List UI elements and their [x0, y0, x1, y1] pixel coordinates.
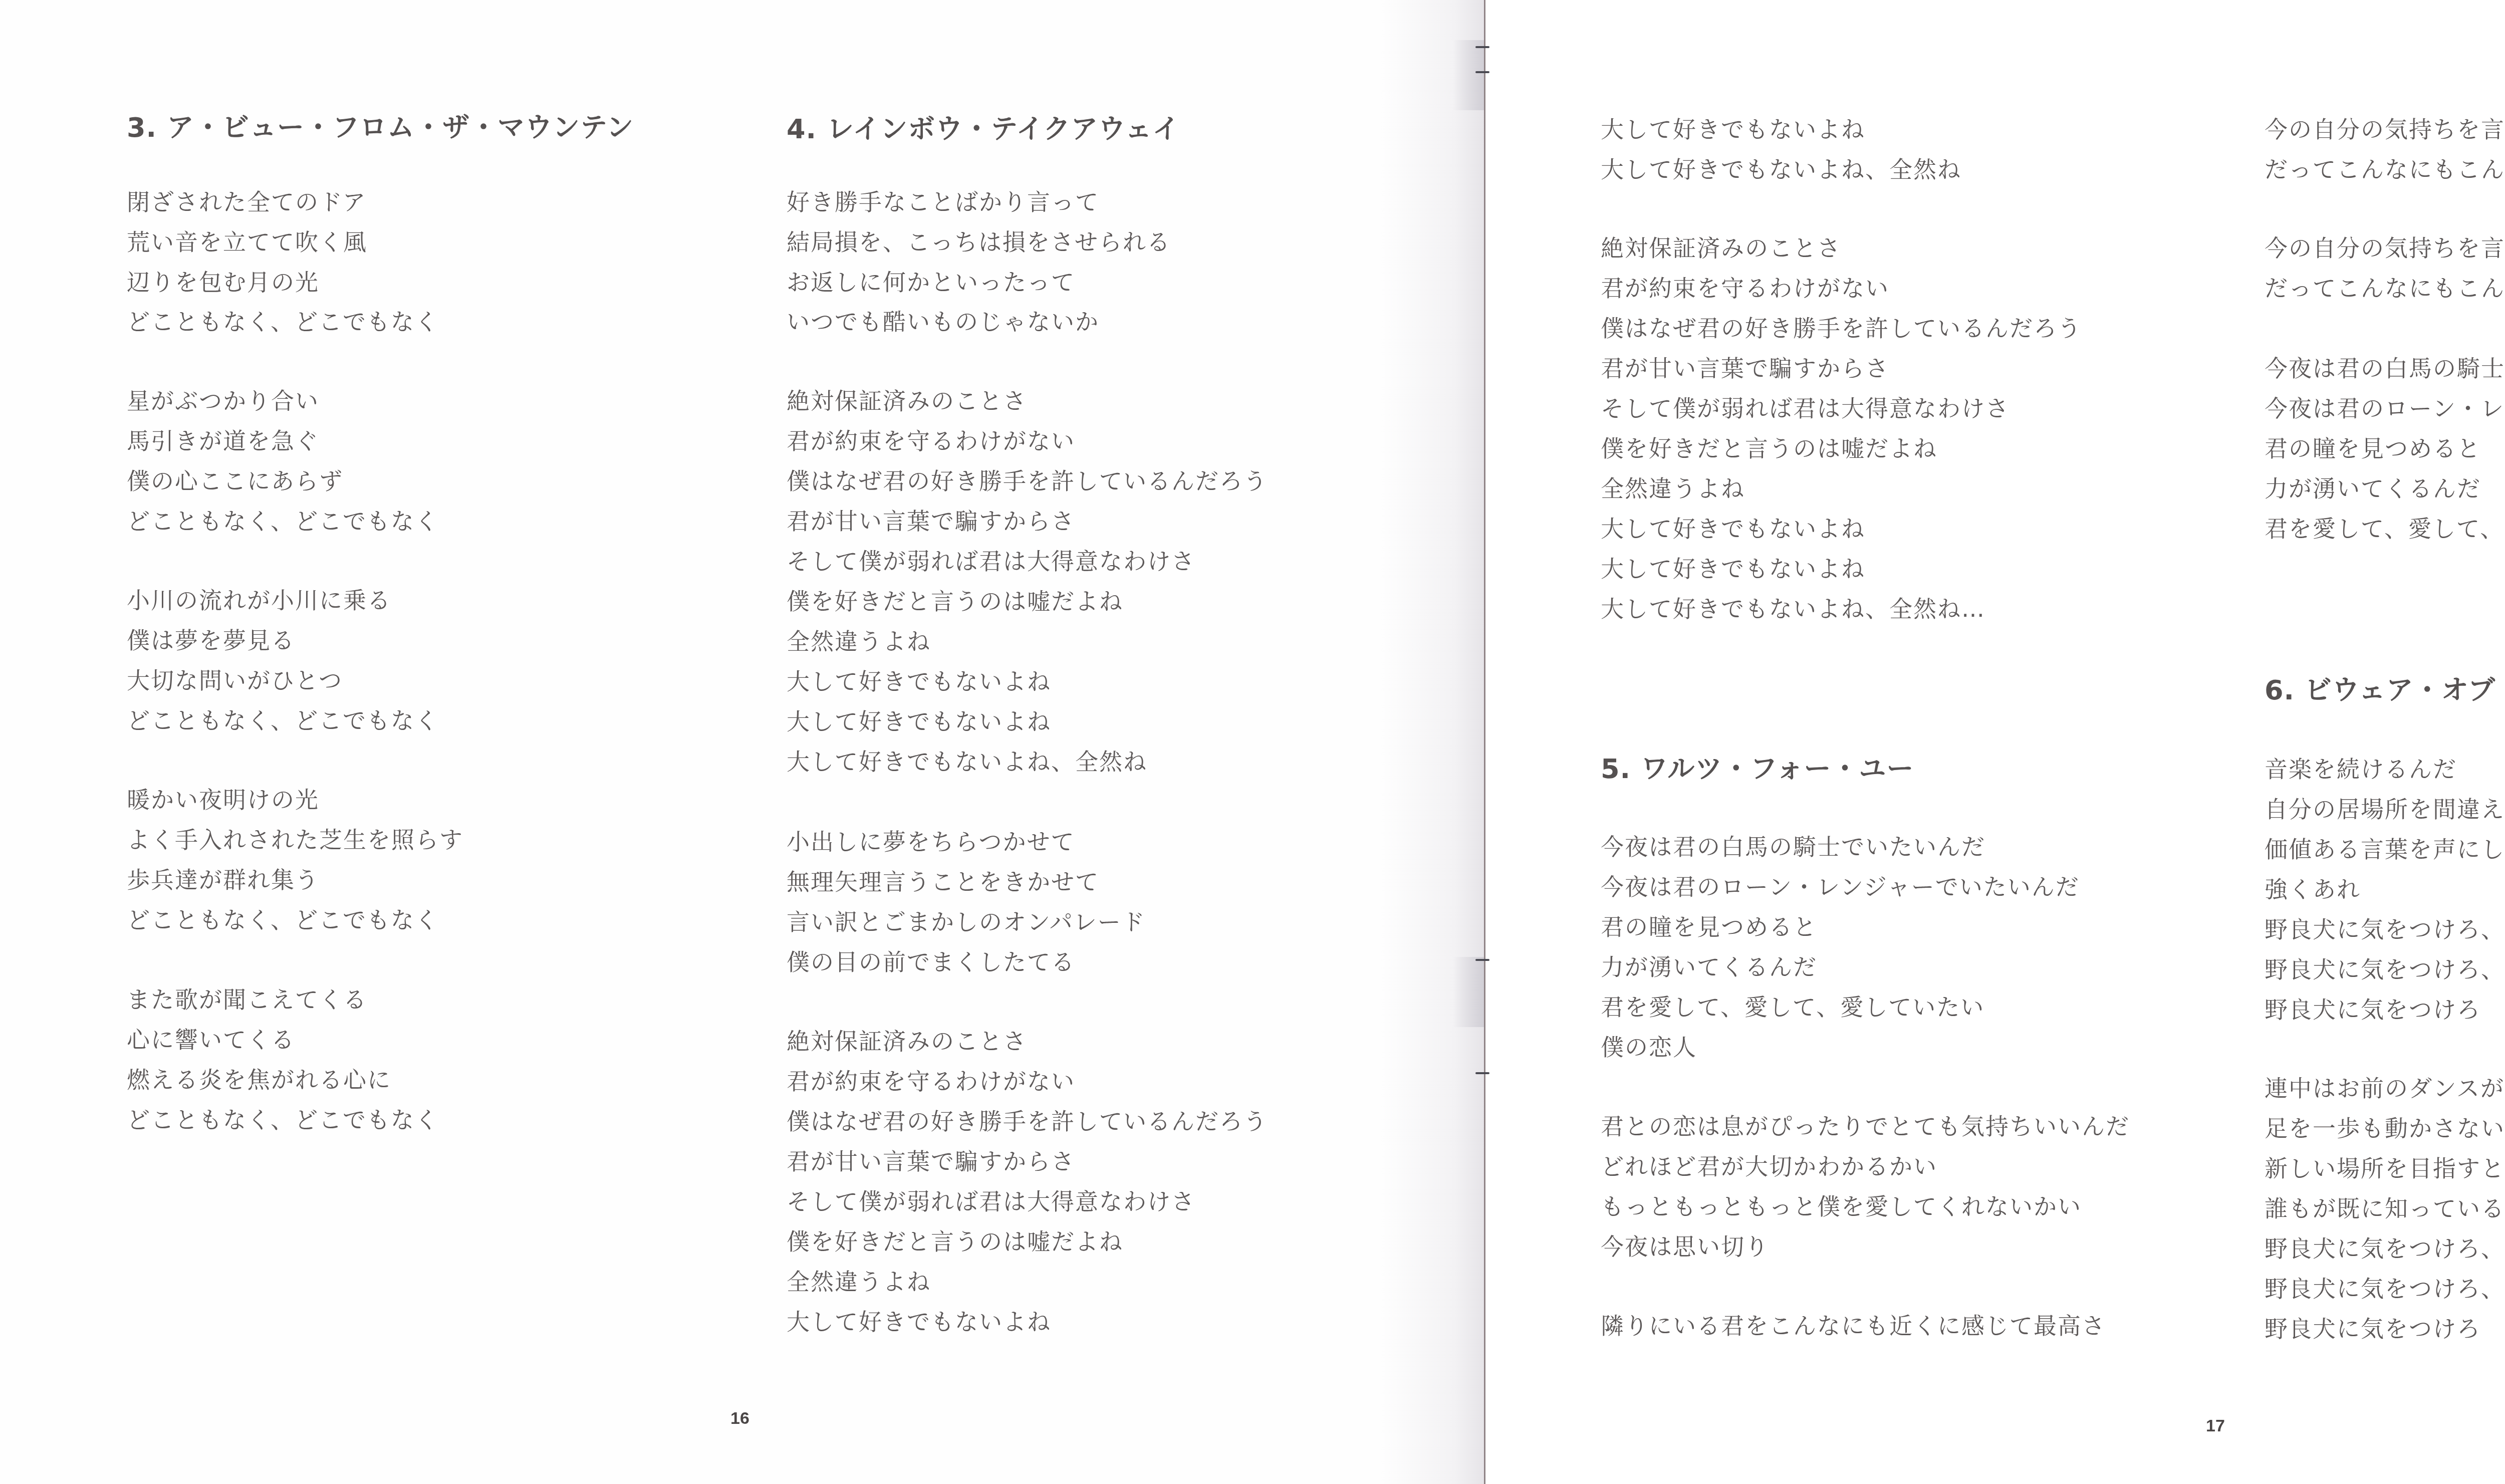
lyric-line: 全然違うよね: [1601, 473, 1745, 504]
lyric-line: 無理矢理言うことをきかせて: [787, 867, 1099, 897]
lyric-line: そして僕が弱れば君は大得意なわけさ: [787, 1186, 1195, 1216]
lyric-line: 大して好きでもないよね: [1601, 514, 1865, 544]
lyric-line: 閉ざされた全てのドア: [127, 187, 367, 217]
staple-icon: [1475, 46, 1489, 48]
lyric-line: 今夜は君の白馬の騎士でいたいんだ: [2265, 353, 2505, 383]
lyric-line: 君が約束を守るわけがない: [1601, 273, 1889, 303]
lyric-line: 新しい場所を目指すと言いながら: [2265, 1153, 2505, 1183]
lyric-line: 隣りにいる君をこんなにも近くに感じて最高さ: [1601, 1311, 2106, 1341]
lyric-line: お返しに何かといったって: [787, 267, 1075, 297]
staple-icon: [1475, 1072, 1489, 1074]
page-number-16: 16: [730, 1409, 749, 1428]
lyric-line: 君が約束を守るわけがない: [787, 1066, 1075, 1096]
lyric-line: 小出しに夢をちらつかせて: [787, 827, 1075, 857]
lyric-line: 君を愛して、愛して、愛していたい: [2265, 514, 2505, 544]
lyric-line: 君が甘い言葉で騙すからさ: [1601, 353, 1889, 383]
lyric-line: どれほど君が大切かわかるかい: [1601, 1151, 1937, 1181]
lyric-line: 今夜は君のローン・レンジャーでいたいんだ: [1601, 872, 2080, 902]
lyric-line: 野良犬に気をつけろ: [2265, 1314, 2481, 1344]
lyric-line: 足を一歩も動かさない: [2265, 1113, 2505, 1143]
lyric-line: よく手入れされた芝生を照らす: [127, 825, 463, 855]
lyric-line: 暖かい夜明けの光: [127, 785, 319, 815]
lyric-line: 絶対保証済みのことさ: [787, 386, 1027, 416]
lyric-line: 大して好きでもないよね、全然ね: [1601, 154, 1961, 184]
lyric-line: 力が湧いてくるんだ: [1601, 952, 1817, 982]
lyric-line: 野良犬に気をつけろ、いいかい: [2265, 1233, 2505, 1264]
lyric-line: 僕を好きだと言うのは嘘だよね: [1601, 433, 1937, 463]
song-title: 3. ア・ビュー・フロム・ザ・マウンテン: [127, 111, 634, 144]
lyric-line: 価値ある言葉を声にしろ: [2265, 834, 2505, 864]
staple-icon: [1475, 71, 1489, 73]
lyric-line: 大して好きでもないよね: [787, 706, 1051, 736]
staple-icon: [1475, 959, 1489, 961]
lyric-line: そして僕が弱れば君は大得意なわけさ: [1601, 393, 2010, 423]
lyric-line: 僕の目の前でまくしたてる: [787, 947, 1075, 977]
lyric-line: 今夜は君のローン・レンジャーでいたいんだ: [2265, 393, 2505, 423]
lyric-line: 馬引きが道を急ぐ: [127, 426, 319, 456]
lyric-line: 連中はお前のダンスが気に入らないのさ: [2265, 1073, 2505, 1103]
lyric-line: 僕を好きだと言うのは嘘だよね: [787, 586, 1123, 616]
lyric-line: 野良犬に気をつけろ、そうさ: [2265, 1274, 2505, 1304]
staple-shadow: [1453, 957, 1484, 1027]
lyric-line: いつでも酷いものじゃないか: [787, 307, 1099, 337]
page-16: [0, 0, 1484, 1484]
lyric-line: だってこんなにもこんなにも君が好きなんだ: [2265, 273, 2505, 303]
lyric-line: 結局損を、こっちは損をさせられる: [787, 227, 1171, 257]
lyric-line: 僕を好きだと言うのは嘘だよね: [787, 1226, 1123, 1257]
lyric-line: 力が湧いてくるんだ: [2265, 473, 2481, 504]
lyric-line: 大して好きでもないよね: [1601, 114, 1865, 144]
lyric-line: 君を愛して、愛して、愛していたい: [1601, 992, 1984, 1022]
staple-shadow: [1453, 40, 1484, 110]
lyric-line: また歌が聞こえてくる: [127, 984, 367, 1015]
lyric-line: 野良犬に気をつけろ、いいかい: [2265, 914, 2505, 944]
lyric-line: 好き勝手なことばかり言って: [787, 187, 1099, 217]
lyric-line: どこともなく、どこでもなく: [127, 307, 439, 337]
lyric-line: 野良犬に気をつけろ、そうさ: [2265, 954, 2505, 984]
lyric-line: 僕の心ここにあらず: [127, 466, 343, 496]
lyric-line: 音楽を続けるんだ: [2265, 754, 2457, 784]
lyric-line: 僕はなぜ君の好き勝手を許しているんだろう: [787, 466, 1268, 496]
lyric-line: 星がぶつかり合い: [127, 386, 319, 416]
lyric-line: 言い訳とごまかしのオンパレード: [787, 907, 1146, 937]
lyric-line: 絶対保証済みのことさ: [787, 1026, 1027, 1056]
lyric-line: 絶対保証済みのことさ: [1601, 233, 1841, 263]
lyric-line: 僕はなぜ君の好き勝手を許しているんだろう: [1601, 313, 2082, 343]
lyric-line: どこともなく、どこでもなく: [127, 905, 439, 935]
lyric-line: 大して好きでもないよね: [787, 666, 1051, 696]
book-gutter: [1484, 0, 1485, 1484]
lyric-line: 大して好きでもないよね、全然ね…: [1601, 594, 1985, 624]
song-title: 4. レインボウ・テイクアウェイ: [787, 113, 1180, 146]
lyric-line: 僕はなぜ君の好き勝手を許しているんだろう: [787, 1106, 1268, 1136]
lyric-line: 今の自分の気持ちを言葉にしたくてね: [2265, 233, 2505, 263]
lyric-line: 心に響いてくる: [127, 1025, 295, 1055]
lyric-line: もっともっともっと僕を愛してくれないかい: [1601, 1191, 2082, 1221]
lyric-line: 野良犬に気をつけろ: [2265, 995, 2481, 1025]
lyric-line: 今夜は君の白馬の騎士でいたいんだ: [1601, 832, 1985, 862]
song-title: 6. ビウェア・オブ・ザ・ドッグ Ⅱ: [2265, 674, 2505, 707]
lyric-line: 全然違うよね: [787, 626, 931, 656]
lyric-line: どこともなく、どこでもなく: [127, 1105, 439, 1135]
lyric-line: 燃える炎を焦がれる心に: [127, 1065, 391, 1095]
lyric-line: だってこんなにもこんなにも君が好きなんだ: [2265, 154, 2505, 184]
lyric-line: 君の瞳を見つめると: [1601, 912, 1817, 942]
lyric-line: 僕は夢を夢見る: [127, 625, 295, 655]
lyric-line: 大して好きでもないよね: [1601, 554, 1865, 584]
lyric-line: 今夜は思い切り: [1601, 1231, 1769, 1262]
lyric-line: 君が甘い言葉で騙すからさ: [787, 1146, 1075, 1176]
lyric-line: 歩兵達が群れ集う: [127, 865, 319, 895]
lyric-line: 大切な問いがひとつ: [127, 665, 343, 695]
lyric-line: 君との恋は息がぴったりでとても気持ちいいんだ: [1601, 1111, 2130, 1141]
lyric-line: どこともなく、どこでもなく: [127, 506, 439, 536]
song-title: 5. ワルツ・フォー・ユー: [1601, 753, 1914, 786]
lyric-line: 誰もが既に知っている場所ばかり: [2265, 1193, 2505, 1223]
lyric-line: 辺りを包む月の光: [127, 267, 319, 297]
lyric-line: 全然違うよね: [787, 1267, 931, 1297]
lyric-line: 大して好きでもないよね、全然ね: [787, 747, 1147, 777]
lyric-line: 荒い音を立てて吹く風: [127, 227, 367, 257]
lyric-line: 君の瞳を見つめると: [2265, 433, 2481, 463]
lyric-line: 今の自分の気持ちを言葉にしたくてね: [2265, 114, 2505, 144]
lyric-line: 僕の恋人: [1601, 1032, 1697, 1062]
page-number-17: 17: [2206, 1416, 2225, 1436]
lyric-line: 君が約束を守るわけがない: [787, 426, 1075, 456]
lyric-line: 君が甘い言葉で騙すからさ: [787, 506, 1075, 536]
lyric-line: どこともなく、どこでもなく: [127, 705, 439, 735]
lyric-line: 小川の流れが小川に乗る: [127, 585, 391, 615]
lyric-line: 強くあれ: [2265, 874, 2361, 904]
lyric-line: 自分の居場所を間違えるな: [2265, 794, 2505, 824]
lyric-line: そして僕が弱れば君は大得意なわけさ: [787, 546, 1195, 576]
lyric-line: 大して好きでもないよね: [787, 1307, 1051, 1337]
